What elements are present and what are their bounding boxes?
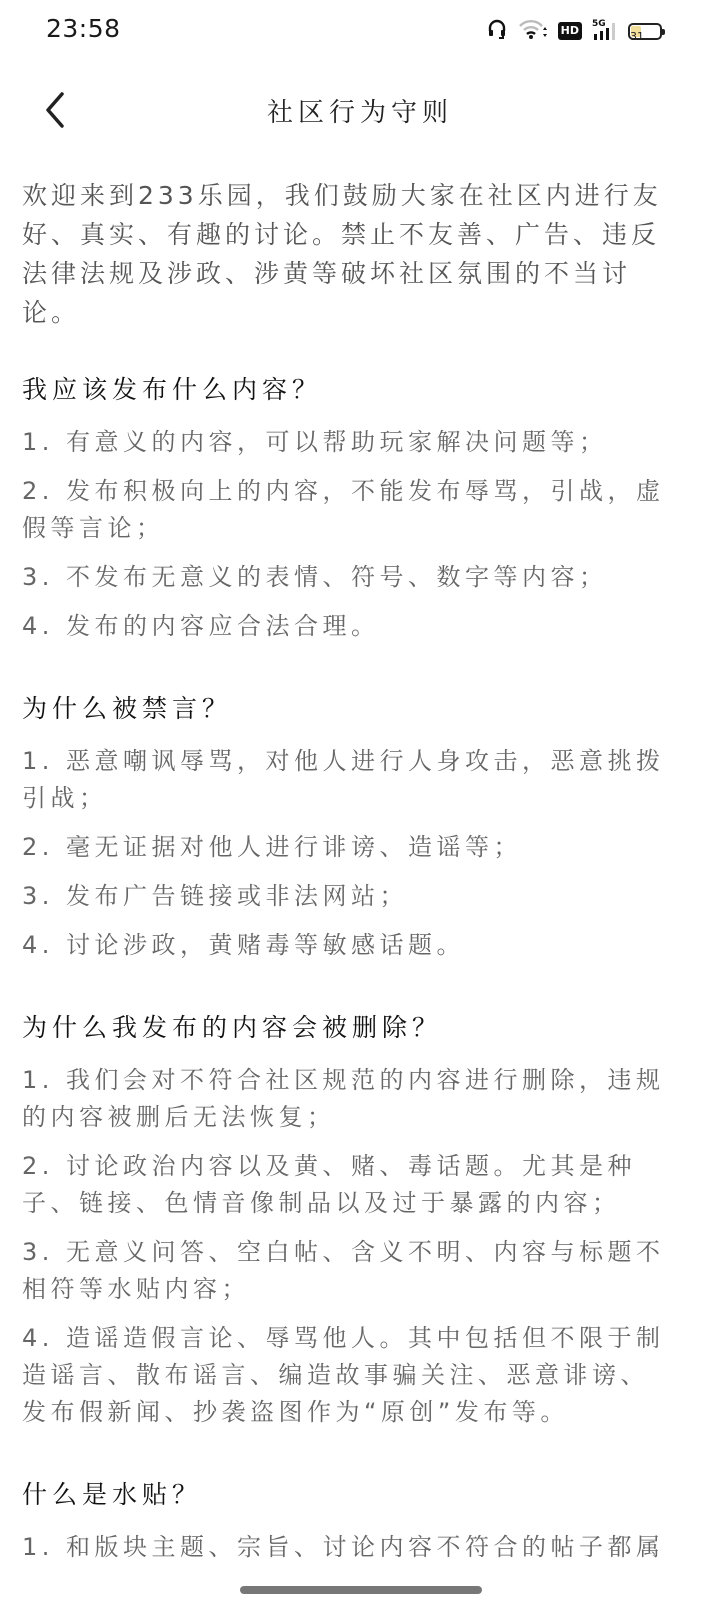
list-item: 2. 发布积极向上的内容，不能发布辱骂，引战，虚假等言论； <box>22 473 672 547</box>
rules-content: 欢迎来到233乐园，我们鼓励大家在社区内进行友好、真实、有趣的讨论。禁止不友善、… <box>22 176 672 1566</box>
list-item: 3. 发布广告链接或非法网站； <box>22 878 672 915</box>
section-title: 为什么我发布的内容会被删除？ <box>22 1008 672 1044</box>
section-title: 为什么被禁言？ <box>22 689 672 725</box>
list-item: 3. 不发布无意义的表情、符号、数字等内容； <box>22 559 672 596</box>
list-item: 1. 有意义的内容，可以帮助玩家解决问题等； <box>22 424 672 461</box>
status-icons: HD 5G 31 <box>486 18 662 44</box>
intro-paragraph: 欢迎来到233乐园，我们鼓励大家在社区内进行友好、真实、有趣的讨论。禁止不友善、… <box>22 176 672 332</box>
list-item: 2. 讨论政治内容以及黄、赌、毒话题。尤其是种子、链接、色情音像制品以及过于暴露… <box>22 1148 672 1222</box>
list-item: 1. 和版块主题、宗旨、讨论内容不符合的帖子都属 <box>22 1529 672 1566</box>
list-item: 3. 无意义问答、空白帖、含义不明、内容与标题不相符等水贴内容； <box>22 1234 672 1308</box>
headphones-icon <box>486 18 508 44</box>
status-bar: 23:58 HD 5G 31 <box>0 0 720 62</box>
page-title: 社区行为守则 <box>0 92 720 129</box>
status-time: 23:58 <box>46 14 121 43</box>
list-item: 1. 恶意嘲讽辱骂，对他人进行人身攻击，恶意挑拨引战； <box>22 743 672 817</box>
section-title: 我应该发布什么内容？ <box>22 370 672 406</box>
home-indicator[interactable] <box>240 1586 482 1594</box>
section-why-muted: 为什么被禁言？ 1. 恶意嘲讽辱骂，对他人进行人身攻击，恶意挑拨引战； 2. 毫… <box>22 689 672 964</box>
list-item: 4. 讨论涉政，黄赌毒等敏感话题。 <box>22 927 672 964</box>
list-item: 4. 造谣造假言论、辱骂他人。其中包括但不限于制造谣言、散布谣言、编造故事骗关注… <box>22 1320 672 1431</box>
list-item: 1. 我们会对不符合社区规范的内容进行删除，违规的内容被删后无法恢复； <box>22 1062 672 1136</box>
hd-icon: HD <box>558 22 582 40</box>
list-item: 4. 发布的内容应合法合理。 <box>22 608 672 645</box>
section-title: 什么是水贴？ <box>22 1475 672 1511</box>
header: 社区行为守则 <box>0 62 720 158</box>
5g-signal-icon: 5G <box>592 20 618 42</box>
wifi-icon <box>518 18 548 44</box>
section-why-deleted: 为什么我发布的内容会被删除？ 1. 我们会对不符合社区规范的内容进行删除，违规的… <box>22 1008 672 1431</box>
section-what-to-post: 我应该发布什么内容？ 1. 有意义的内容，可以帮助玩家解决问题等； 2. 发布积… <box>22 370 672 645</box>
battery-icon: 31 <box>628 23 662 40</box>
list-item: 2. 毫无证据对他人进行诽谤、造谣等； <box>22 829 672 866</box>
section-what-is-spam: 什么是水贴？ 1. 和版块主题、宗旨、讨论内容不符合的帖子都属 <box>22 1475 672 1566</box>
